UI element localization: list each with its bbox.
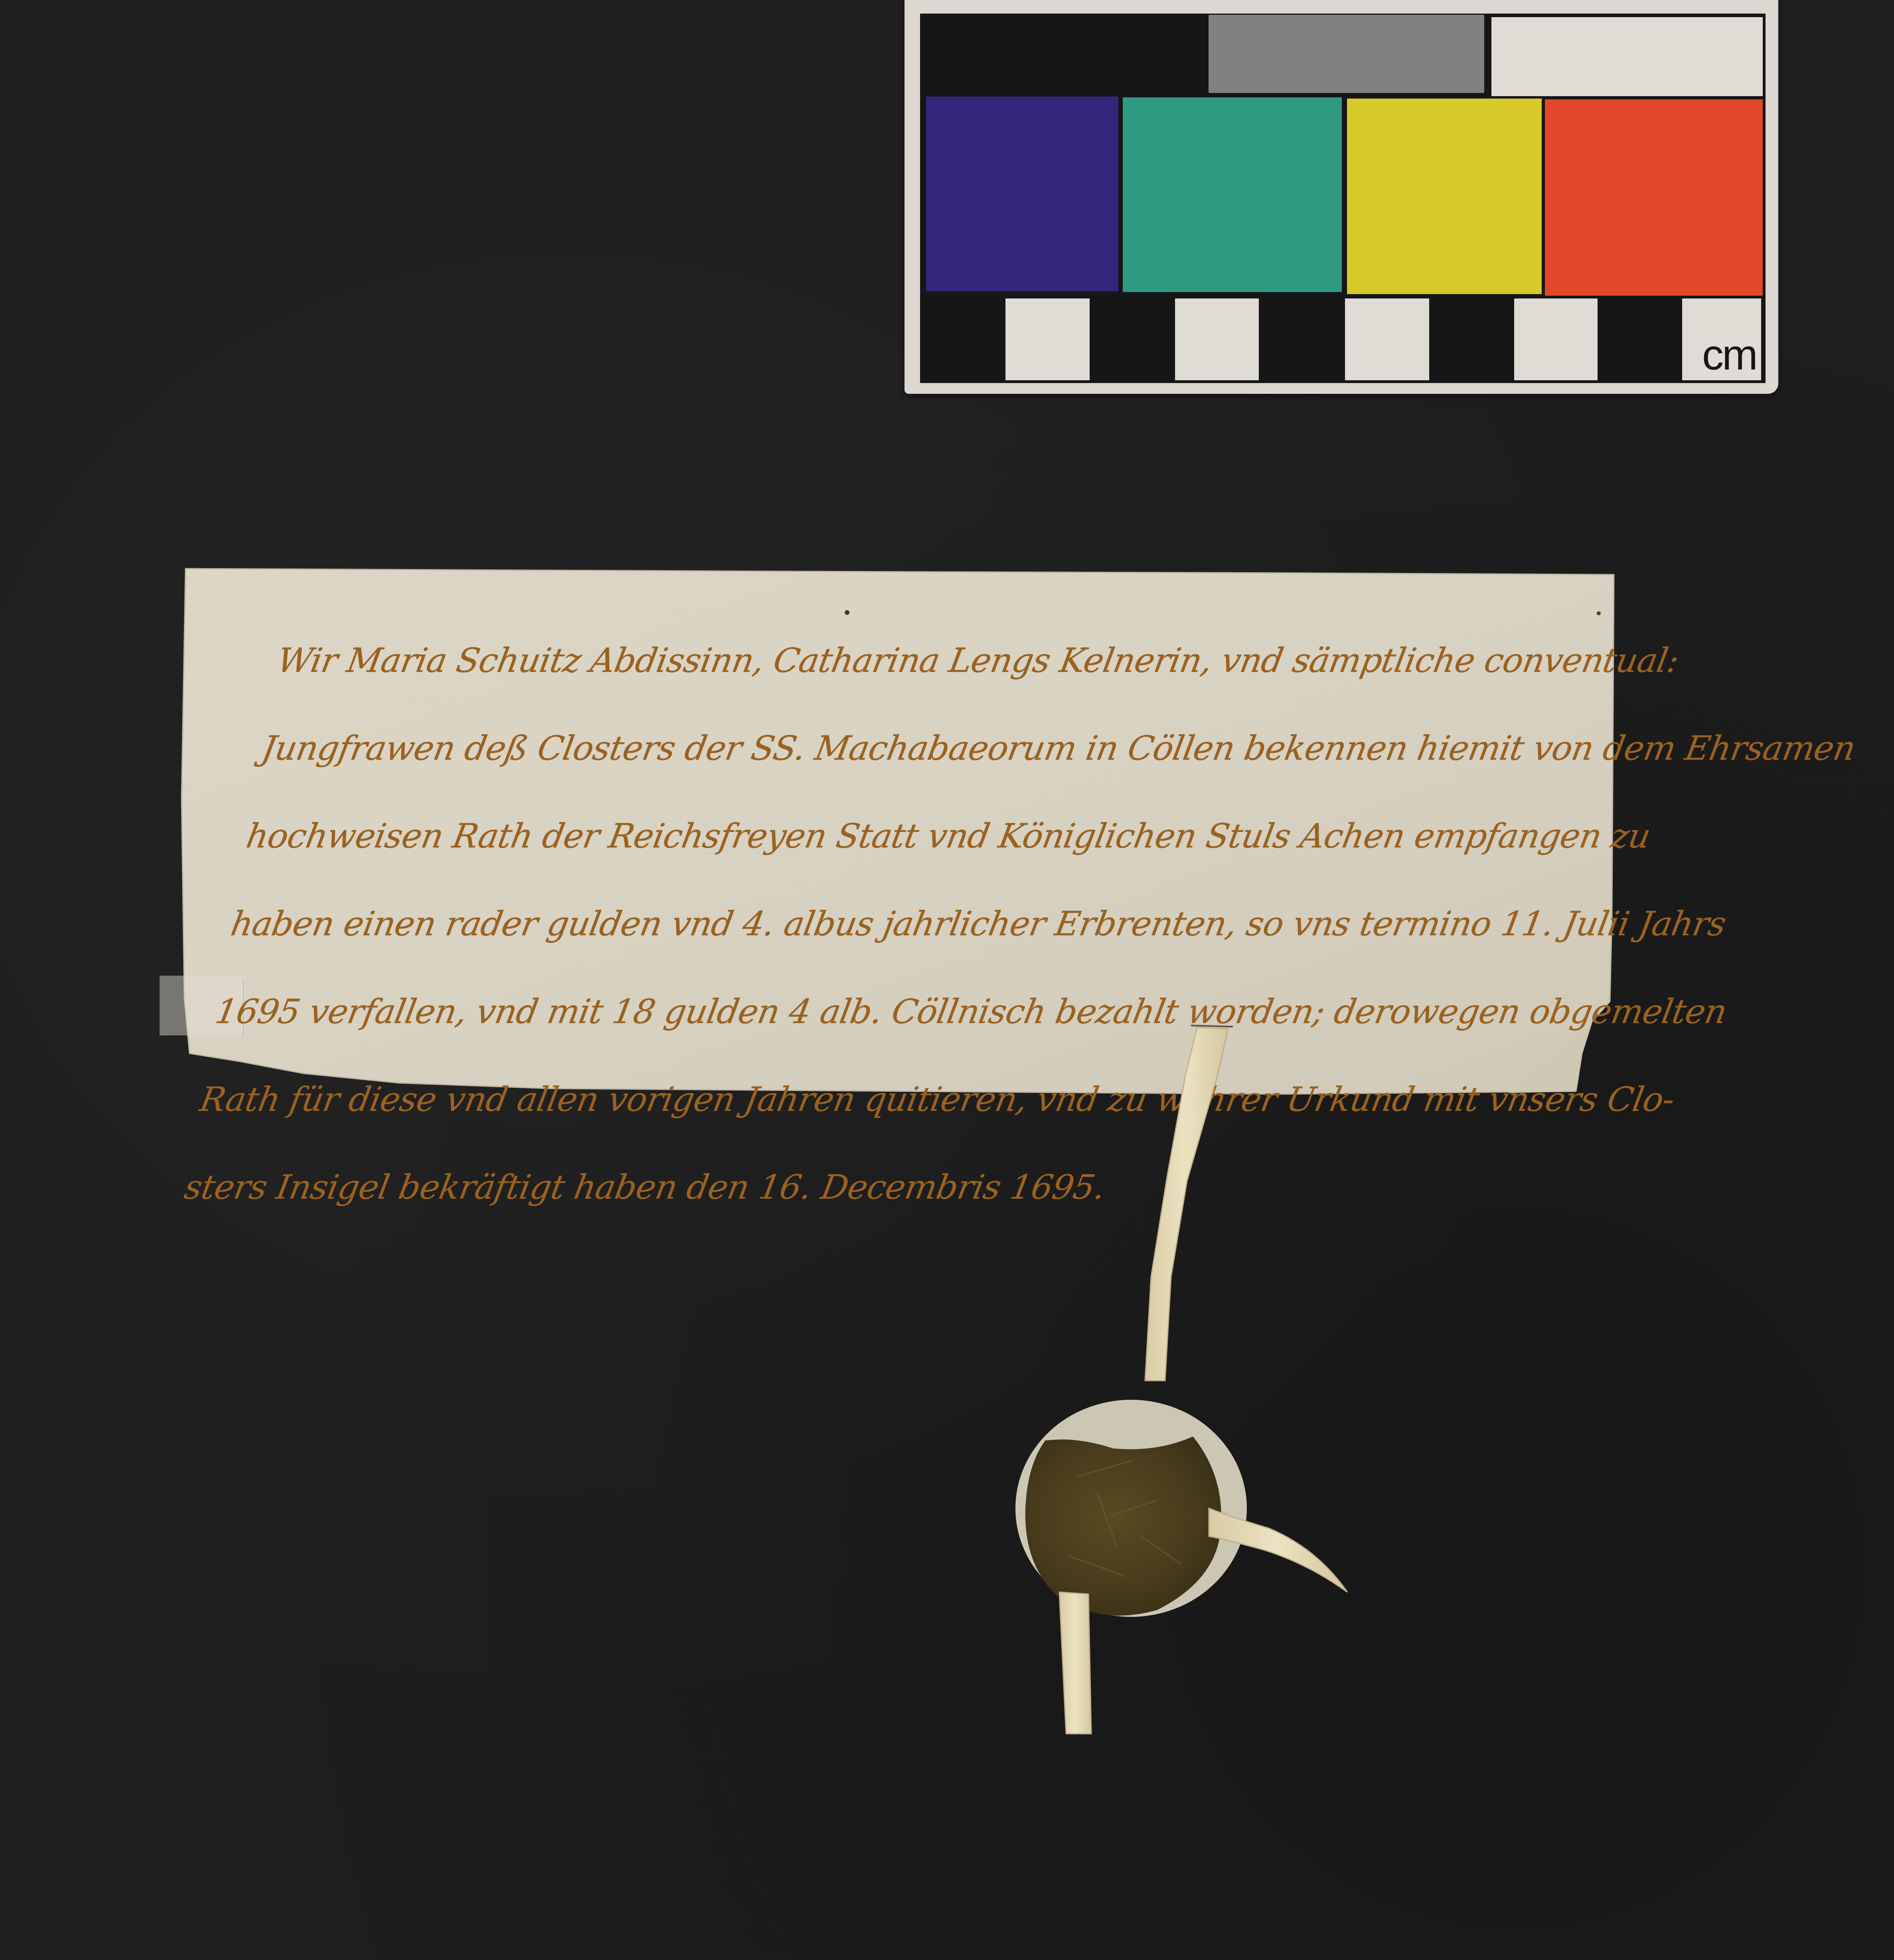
seal-tag-upper xyxy=(1145,1027,1228,1381)
seal-tag-lower xyxy=(1059,1592,1091,1734)
pendant-seal xyxy=(0,0,1894,1960)
